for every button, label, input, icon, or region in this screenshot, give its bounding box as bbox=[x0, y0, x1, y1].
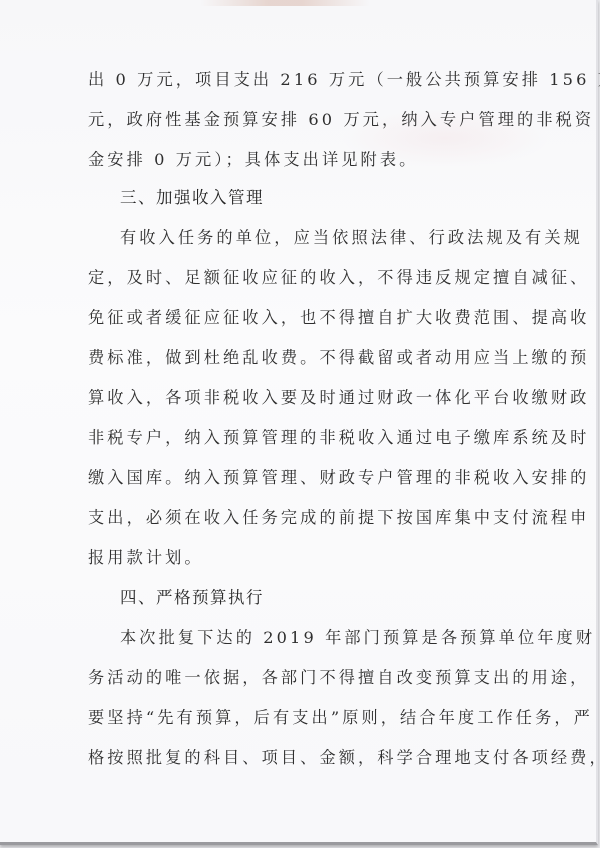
section-heading-4: 四、严格预算执行 bbox=[120, 588, 264, 608]
body-line: 免征或者缓征应征收入，也不得擅自扩大收费范围、提高收 bbox=[88, 308, 512, 328]
body-line: 定，及时、足额征收应征的收入，不得违反规定擅自减征、 bbox=[88, 268, 512, 288]
body-line: 支出，必须在收入任务完成的前提下按国库集中支付流程申 bbox=[88, 508, 512, 528]
section-heading-3: 三、加强收入管理 bbox=[120, 188, 264, 208]
body-line: 格按照批复的科目、项目、金额，科学合理地支付各项经费， bbox=[88, 748, 512, 768]
scan-smudge bbox=[200, 0, 370, 6]
document-page: 出 0 万元，项目支出 216 万元（一般公共预算安排 156 万 元，政府性基… bbox=[0, 0, 598, 845]
body-line: 元，政府性基金预算安排 60 万元，纳入专户管理的非税资 bbox=[88, 110, 512, 130]
body-line: 务活动的唯一依据，各部门不得擅自改变预算支出的用途， bbox=[88, 668, 512, 688]
body-line: 有收入任务的单位，应当依照法律、行政法规及有关规 bbox=[120, 228, 512, 248]
body-line: 算收入，各项非税收入要及时通过财政一体化平台收缴财政 bbox=[88, 388, 512, 408]
body-line: 本次批复下达的 2019 年部门预算是各预算单位年度财 bbox=[120, 628, 512, 648]
body-line: 费标准，做到杜绝乱收费。不得截留或者动用应当上缴的预 bbox=[88, 348, 512, 368]
body-line: 出 0 万元，项目支出 216 万元（一般公共预算安排 156 万 bbox=[88, 70, 512, 90]
body-line: 缴入国库。纳入预算管理、财政专户管理的非税收入安排的 bbox=[88, 468, 512, 488]
body-line: 金安排 0 万元）；具体支出详见附表。 bbox=[88, 150, 512, 170]
body-line: 非税专户，纳入预算管理的非税收入通过电子缴库系统及时 bbox=[88, 428, 512, 448]
body-line: 报用款计划。 bbox=[88, 548, 512, 568]
body-line: 要坚持“先有预算，后有支出”原则，结合年度工作任务，严 bbox=[88, 708, 512, 728]
